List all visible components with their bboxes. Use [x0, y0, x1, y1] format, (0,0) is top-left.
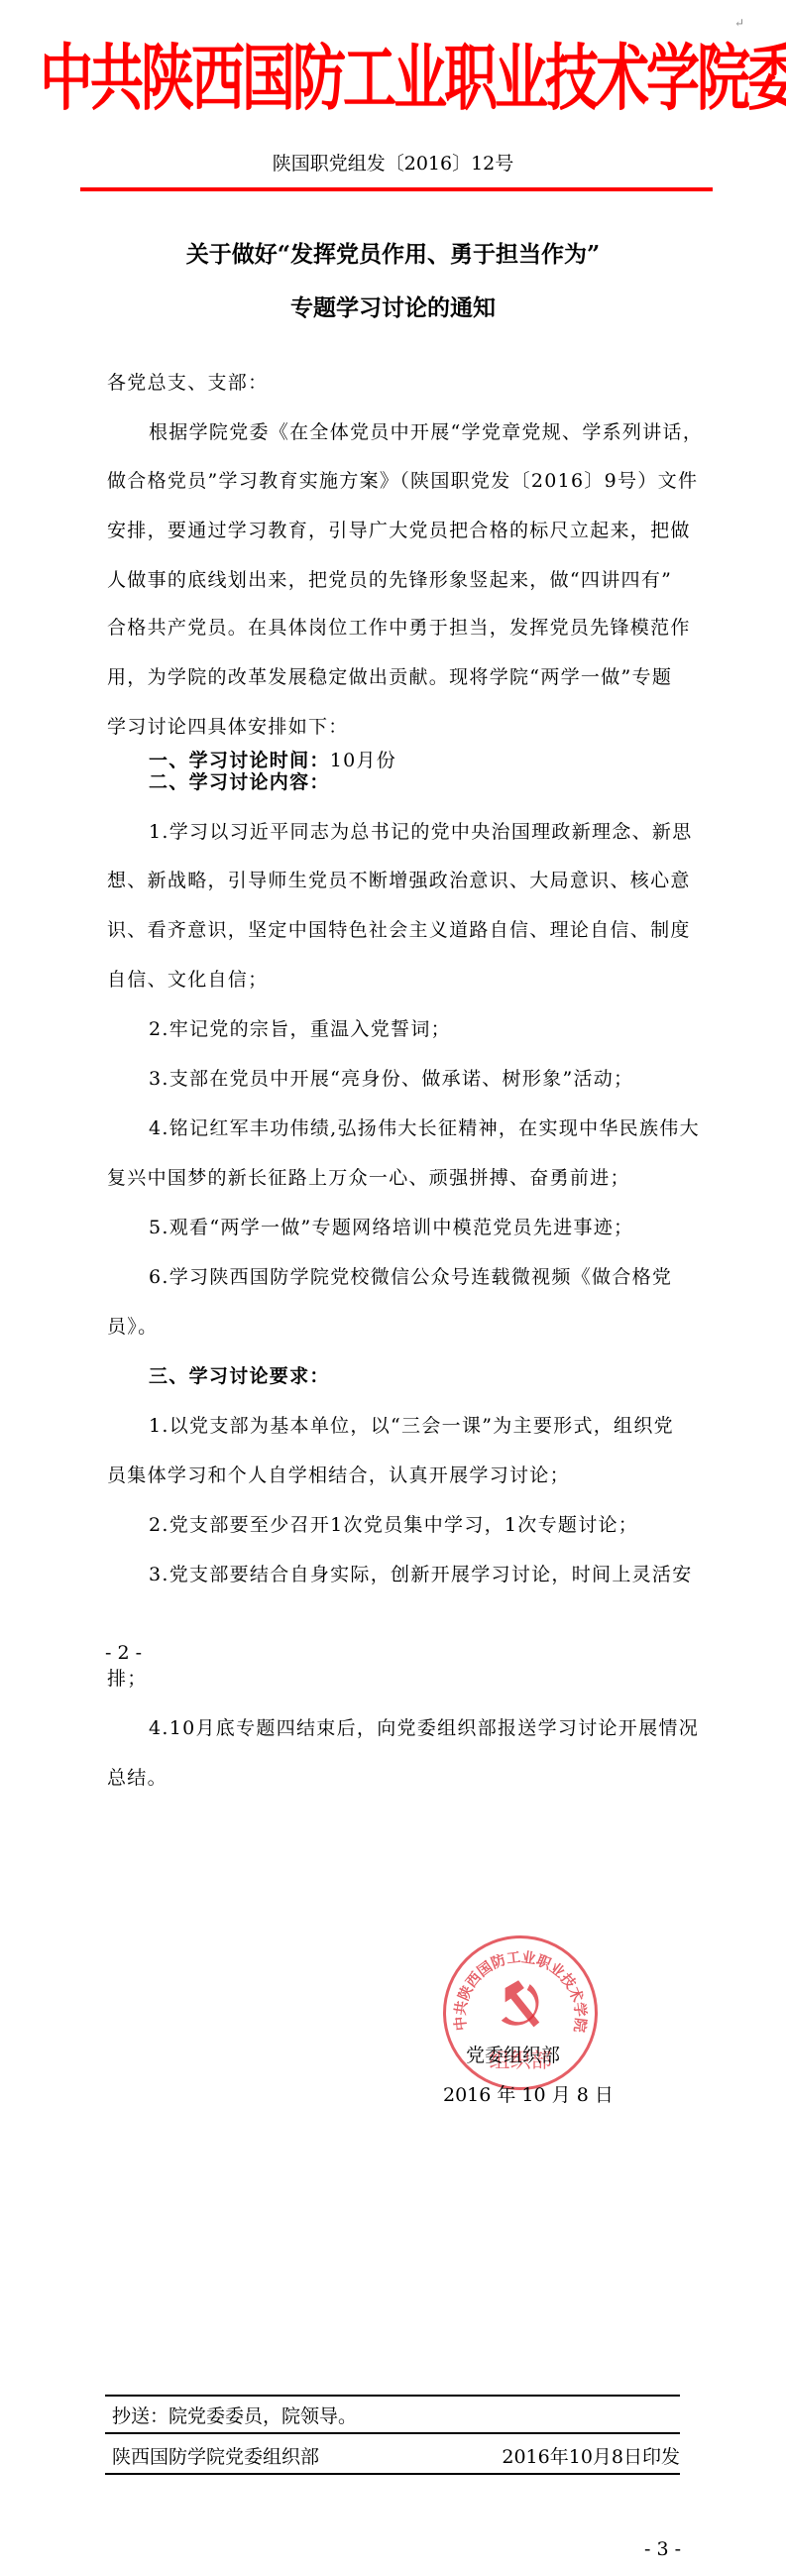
intro-line: 合格共产党员。在具体岗位工作中勇于担当，发挥党员先锋模范作: [107, 613, 691, 640]
notice-title-line-2: 专题学习讨论的通知: [0, 290, 786, 322]
intro-line: 根据学院党委《在全体党员中开展“学党章党规、学系列讲话，: [149, 417, 703, 444]
intro-line: 做合格党员”学习教育实施方案》（陕国职党发〔2016〕9号）文件: [107, 466, 698, 493]
content-line: 2.牢记党的宗旨，重温入党誓词；: [149, 1014, 451, 1041]
signing-date: 2016 年 10 月 8 日: [443, 2080, 614, 2107]
footer-rule-bottom: [105, 2473, 680, 2475]
footer-rule-middle: [105, 2432, 680, 2434]
content-line: 员》。: [107, 1312, 158, 1339]
page-number-2: - 2 -: [105, 1642, 142, 1664]
signing-department: 党委组织部: [466, 2041, 560, 2067]
intro-line: 安排，要通过学习教育，引导广大党员把合格的标尺立起来，把做: [107, 516, 691, 542]
content-line: 3.支部在党员中开展“亮身份、做承诺、树形象”活动；: [149, 1064, 633, 1091]
page-number-3: - 3 -: [644, 2538, 681, 2560]
requirement-line: 1.以党支部为基本单位，以“三会一课”为主要形式，组织党: [149, 1411, 674, 1438]
content-line: 6.学习陕西国防学院党校微信公众号连载微视频《做合格党: [149, 1262, 672, 1289]
paragraph-mark-icon: ↵: [734, 16, 744, 30]
notice-title-line-1: 关于做好“发挥党员作用、勇于担当作为”: [0, 236, 786, 269]
footer-rule-top: [105, 2395, 680, 2397]
content-line: 5.观看“两学一做”专题网络培训中模范党员先进事迹；: [149, 1213, 633, 1239]
content-line: 1.学习以习近平同志为总书记的党中央治国理政新理念、新思: [149, 817, 693, 844]
hammer-sickle-icon: [502, 1980, 539, 2027]
section-1-value: 10月份: [330, 750, 396, 771]
requirement-line: 员集体学习和个人自学相结合，认真开展学习讨论；: [107, 1461, 570, 1487]
org-header-title: 中共陕西国防工业职业技术学院委员会处室文件: [40, 42, 753, 114]
requirement-line: 2.党支部要至少召开1次党员集中学习，1次专题讨论；: [149, 1510, 638, 1537]
intro-line: 用，为学院的改革发展稳定做出贡献。现将学院“两学一做”专题: [107, 662, 672, 689]
red-header-rule: [80, 187, 713, 191]
requirement-line: 总结。: [107, 1763, 168, 1790]
content-line: 复兴中国梦的新长征路上万众一心、顽强拼搏、奋勇前进；: [107, 1163, 630, 1190]
intro-line: 学习讨论四具体安排如下：: [107, 712, 349, 739]
content-line: 自信、文化自信；: [107, 965, 268, 992]
content-line: 想、新战略，引导师生党员不断增强政治意识、大局意识、核心意: [107, 866, 691, 892]
content-line: 4.铭记红军丰功伟绩,弘扬伟大长征精神，在实现中华民族伟大: [149, 1113, 700, 1140]
intro-line: 人做事的底线划出来，把党员的先锋形象竖起来，做“四讲四有”: [107, 565, 672, 592]
requirement-line: 4.10月底专题四结束后，向党委组织部报送学习讨论开展情况: [149, 1713, 699, 1740]
cc-line: 抄送：院党委委员，院领导。: [112, 2401, 357, 2428]
content-line: 识、看齐意识，坚定中国特色社会主义道路自信、理论自信、制度: [107, 915, 691, 942]
issue-date: 2016年10月8日印发: [502, 2442, 680, 2469]
requirement-line: 3.党支部要结合自身实际，创新开展学习讨论，时间上灵活安: [149, 1560, 693, 1586]
requirement-line: 排；: [107, 1664, 148, 1691]
salutation: 各党总支、支部：: [107, 368, 268, 395]
section-2-heading: 二、学习讨论内容：: [149, 767, 330, 794]
section-3-heading: 三、学习讨论要求：: [149, 1361, 330, 1388]
document-number: 陕国职党组发〔2016〕12号: [0, 149, 786, 176]
issuer: 陕西国防学院党委组织部: [112, 2442, 319, 2469]
